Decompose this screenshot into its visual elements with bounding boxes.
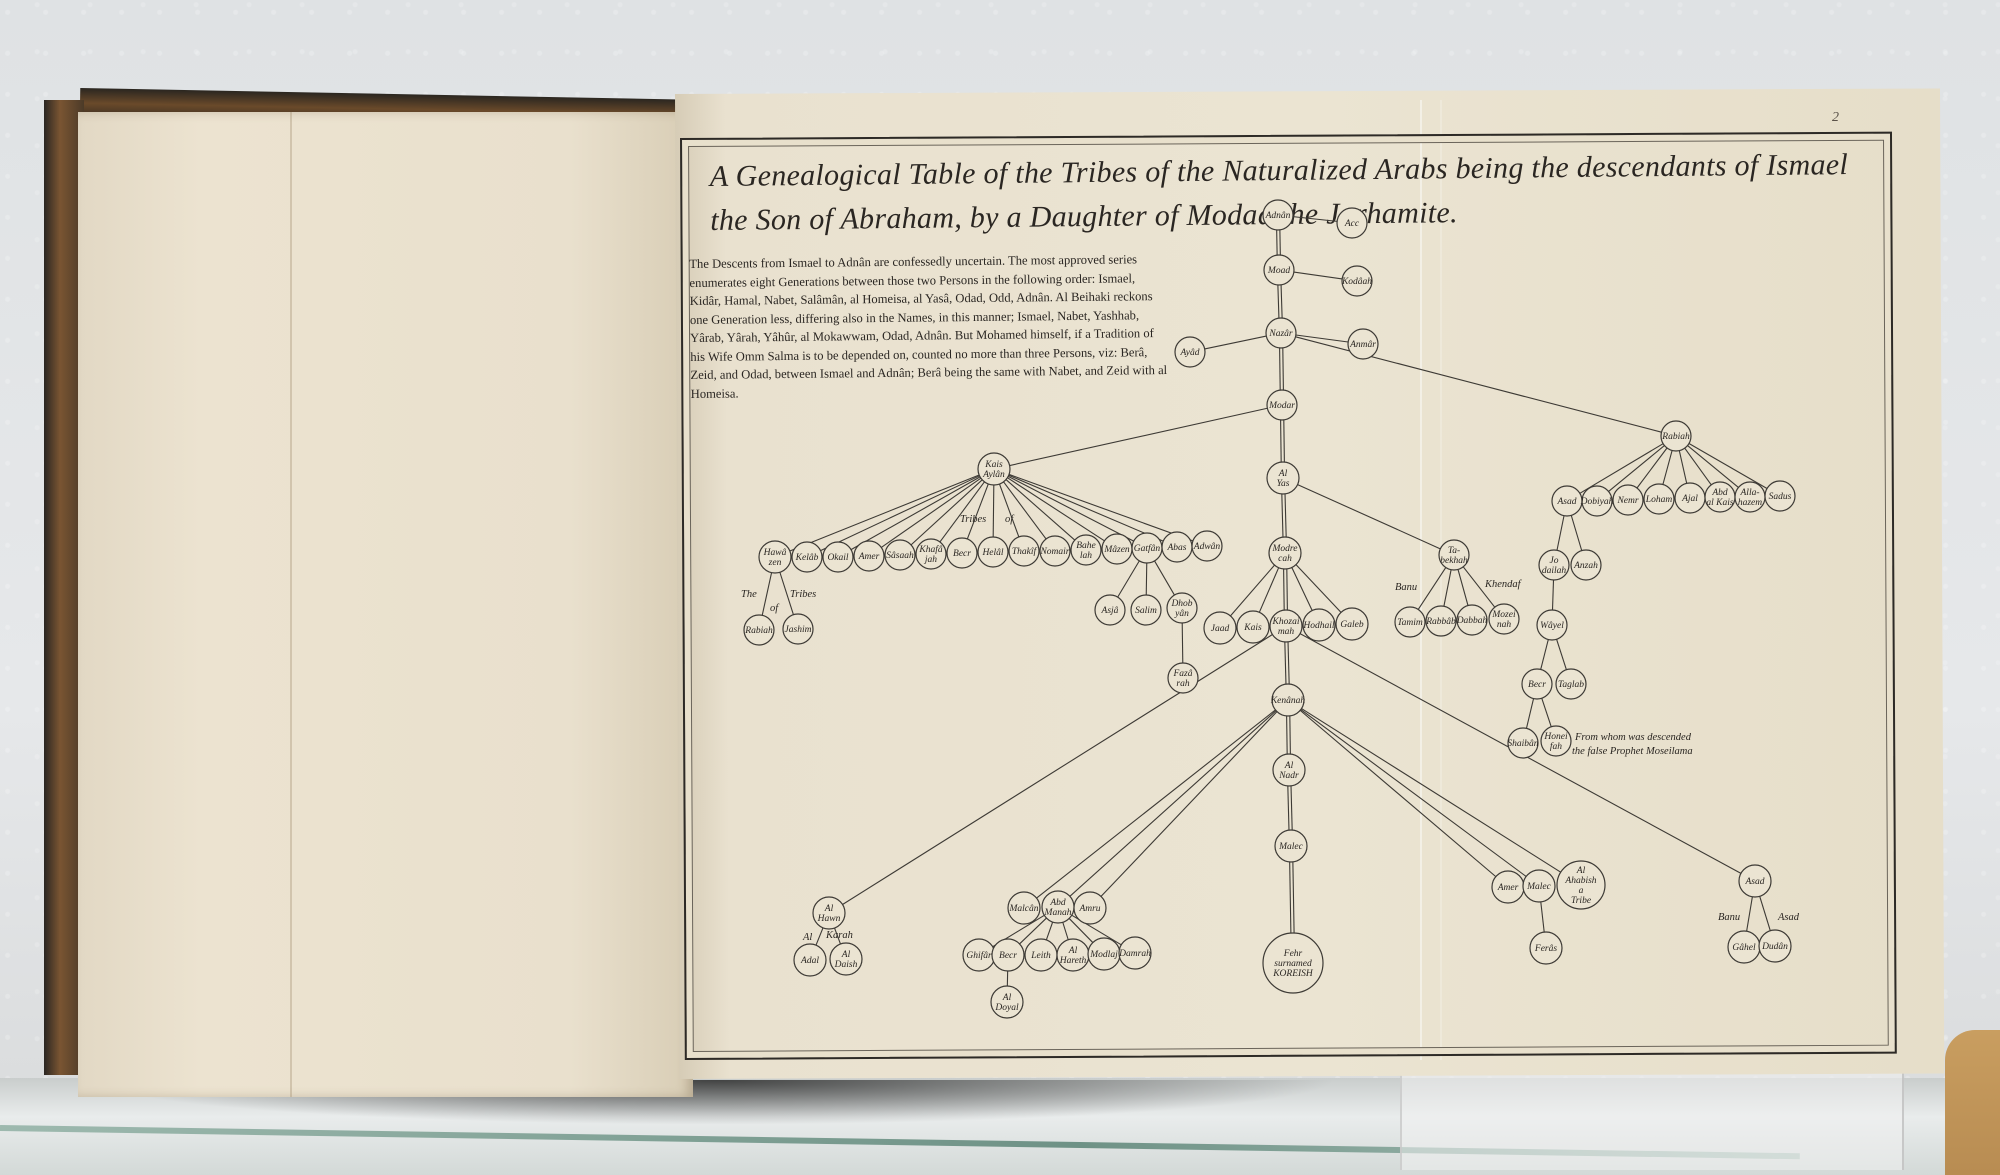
- lineage-edge: [1747, 897, 1753, 931]
- lineage-edge: [1282, 494, 1283, 537]
- annotation-tribes-hawazen: Tribes: [790, 589, 816, 600]
- lineage-edge: [1571, 515, 1581, 550]
- node-label: Fazâ: [1173, 669, 1193, 679]
- node-label: Daish: [834, 960, 858, 970]
- node-label: Jashim: [785, 625, 812, 635]
- node-label: Shaibân: [1507, 739, 1538, 749]
- node-label: al Kais: [1706, 498, 1733, 508]
- node-label: lah: [1080, 551, 1092, 561]
- annotation-the: The: [741, 589, 757, 600]
- node-label: Adnân: [1265, 211, 1291, 221]
- lineage-edge: [1280, 348, 1281, 390]
- tribe-node-al-ahabish: AlAhabishaTribe: [1557, 861, 1605, 909]
- tribe-node-shaiban: Shaibân: [1507, 728, 1538, 758]
- tribe-node-salim: Salim: [1131, 595, 1161, 625]
- node-label: Leith: [1030, 951, 1051, 961]
- tribe-node-okail: Okail: [823, 542, 853, 572]
- tribe-node-malec2: Malec: [1523, 870, 1555, 902]
- node-label: Amru: [1078, 904, 1100, 914]
- node-label: Nazâr: [1268, 329, 1293, 339]
- lineage-edge: [1285, 494, 1286, 537]
- lineage-edge: [1281, 285, 1282, 318]
- tribe-node-adwan: Adwân: [1192, 531, 1222, 561]
- node-label: Nemr: [1616, 496, 1638, 506]
- lineage-edge: [1541, 902, 1544, 932]
- node-label: rah: [1176, 679, 1189, 689]
- tribe-node-rabiah: Rabiah: [1661, 421, 1691, 451]
- annotation-banu-asad: Banu: [1718, 912, 1740, 923]
- node-label: yân: [1174, 609, 1189, 619]
- lineage-edge: [993, 485, 994, 537]
- node-label: Yas: [1277, 479, 1290, 489]
- node-label: Rabiah: [744, 626, 773, 636]
- tribe-node-kais-aylan: KaisAylân: [978, 453, 1010, 485]
- node-label: Abd: [1049, 898, 1066, 908]
- tribe-node-khozaimah: Khozaimah: [1270, 610, 1302, 642]
- lineage-edge: [1182, 623, 1183, 663]
- lineage-edge: [1291, 786, 1292, 830]
- tribe-node-modrecah: Modrecah: [1269, 537, 1301, 569]
- tribe-node-al-harith: AlHareth: [1057, 939, 1089, 971]
- tribe-node-loham: Loham: [1644, 484, 1674, 514]
- node-label: Nadr: [1278, 771, 1299, 781]
- lineage-edge: [1004, 482, 1046, 539]
- tribe-node-abd-manah: AbdManah: [1042, 891, 1074, 923]
- node-label: Wâyel: [1540, 621, 1564, 631]
- node-label: Modlaj: [1089, 950, 1118, 960]
- node-label: fah: [1550, 741, 1562, 752]
- node-label: Ajal: [1681, 494, 1698, 504]
- node-label: Sâsaah: [886, 551, 914, 561]
- node-label: Adwân: [1193, 542, 1221, 552]
- tribe-node-abas: Abas: [1162, 532, 1192, 562]
- lineage-edge: [881, 478, 981, 547]
- node-label: Acc: [1344, 219, 1360, 229]
- tribe-node-asja: Asjâ: [1095, 595, 1125, 625]
- tribe-node-asad-r: Asad: [1552, 486, 1582, 516]
- tribe-node-jashim: Jashim: [783, 614, 813, 644]
- node-label: Rabiah: [1661, 432, 1690, 442]
- annotation-moseilama-note-1: From whom was descended: [1574, 732, 1692, 743]
- tribe-node-sasaah: Sâsaah: [885, 540, 915, 570]
- tribe-node-taglab: Taglab: [1556, 669, 1586, 699]
- node-label: Modar: [1268, 401, 1295, 411]
- tribe-node-malec1: Malec: [1275, 830, 1307, 862]
- node-label: Thakîf: [1012, 546, 1038, 557]
- node-label: Tribe: [1571, 896, 1591, 906]
- lineage-edge: [1287, 716, 1288, 754]
- annotation-tribes-of-kais: Tribes: [960, 514, 986, 525]
- node-label: Damrah: [1118, 949, 1151, 959]
- tribe-node-amru: Amru: [1074, 892, 1106, 924]
- lineage-edge: [1458, 569, 1468, 605]
- tribe-node-jodailah: Jodailah: [1539, 550, 1569, 580]
- node-label: Ghifâr: [966, 950, 992, 961]
- lineage-edge: [1293, 217, 1337, 222]
- lineage-edge: [1230, 565, 1274, 616]
- lineage-edge: [1557, 639, 1567, 669]
- tribe-node-dhobyan: Dhobyân: [1167, 593, 1197, 623]
- tribe-node-modar: Modar: [1267, 390, 1297, 420]
- node-label: Kelâb: [795, 553, 819, 563]
- node-label: Abas: [1167, 543, 1187, 553]
- annotation-al-hawn-al: Al: [802, 932, 812, 943]
- node-label: Al: [1284, 761, 1294, 771]
- tribe-node-acc: Acc: [1337, 208, 1367, 238]
- lineage-edge: [1689, 443, 1767, 488]
- lineage-edge: [1278, 285, 1279, 318]
- node-label: Al: [824, 904, 834, 914]
- lineage-edge: [1637, 448, 1667, 488]
- lineage-edge: [1301, 710, 1526, 877]
- lineage-edge: [1300, 710, 1496, 876]
- tribe-node-nemr: Nemr: [1613, 485, 1643, 515]
- node-label: Malcân: [1008, 904, 1038, 914]
- node-label: Kenânah: [1270, 696, 1306, 706]
- tribe-node-adnan: Adnân: [1263, 200, 1293, 230]
- tribe-node-hodhail: Hodhail: [1302, 609, 1335, 641]
- tribe-node-feras: Ferâs: [1530, 932, 1562, 964]
- tribe-node-amer1: Amer: [854, 541, 884, 571]
- tribe-node-gahel: Gâhel: [1728, 931, 1760, 963]
- node-label: Jaad: [1211, 624, 1230, 634]
- tribe-node-al-doyal: AlDoyal: [991, 986, 1023, 1018]
- tribe-node-bahelah: Bahelah: [1071, 535, 1101, 565]
- node-label: Gatfân: [1134, 543, 1161, 554]
- node-label: Doyal: [994, 1003, 1019, 1013]
- tribe-node-anmar: Anmâr: [1348, 329, 1378, 359]
- node-label: Amer: [858, 552, 880, 562]
- tribe-node-moad: Moad: [1264, 255, 1294, 285]
- node-label: Asad: [1745, 877, 1765, 887]
- node-label: mah: [1278, 627, 1295, 637]
- lineage-edge: [1541, 640, 1549, 670]
- lineage-edge: [1037, 710, 1276, 898]
- lineage-edge: [1284, 569, 1285, 610]
- node-label: Becr: [999, 951, 1017, 961]
- tribe-node-mazen: Mâzen: [1102, 534, 1132, 564]
- node-label: Khafâ: [918, 544, 942, 555]
- tribe-node-honeifah: Honeifah: [1541, 726, 1571, 756]
- node-label: Kais: [984, 460, 1003, 470]
- node-label: Becr: [953, 549, 971, 559]
- tribe-node-kais2: Kais: [1237, 611, 1269, 643]
- tribe-node-fehr: FehrsurnamedKOREISH: [1263, 933, 1323, 993]
- tribe-node-ajal: Ajal: [1675, 483, 1705, 513]
- tribe-node-malcan: Malcân: [1008, 892, 1040, 924]
- lineage-edge: [1287, 569, 1288, 610]
- tribe-node-tamim: Tamim: [1395, 607, 1425, 637]
- node-label: Kodâah: [1341, 277, 1372, 287]
- annotation-of-hawazen: of: [770, 603, 780, 614]
- lineage-edge: [1688, 446, 1739, 488]
- node-label: Al: [1002, 993, 1012, 1003]
- lineage-edge: [1294, 272, 1342, 279]
- tribe-node-dudan: Dudân: [1759, 930, 1791, 962]
- lineage-edge: [1010, 408, 1268, 465]
- node-label: zen: [768, 558, 782, 568]
- lineage-edge: [967, 484, 988, 539]
- lineage-edge: [1679, 451, 1686, 484]
- tribe-node-abd-al-kais: Abdal Kais: [1705, 482, 1735, 512]
- tribe-node-modlaj: Modlaj: [1088, 938, 1120, 970]
- lineage-edge: [816, 928, 823, 945]
- lineage-edge: [1557, 516, 1564, 551]
- lineage-edge: [1290, 862, 1291, 933]
- tribe-node-tabekhah: Ta-bekhah: [1439, 540, 1469, 570]
- tribe-node-sadus: Sadus: [1765, 481, 1795, 511]
- node-label: Nomair: [1039, 547, 1069, 557]
- node-label: Becr: [1528, 680, 1546, 690]
- tribe-node-thakif: Thakîf: [1009, 536, 1039, 566]
- node-label: Asad: [1557, 497, 1577, 507]
- node-label: Al: [1576, 866, 1586, 876]
- node-label: Ahabish: [1564, 876, 1596, 886]
- node-label: Malec: [1526, 882, 1552, 892]
- lineage-edge: [843, 635, 1273, 905]
- lineage-edge: [1552, 580, 1553, 610]
- node-label: Dhob: [1170, 599, 1192, 609]
- node-label: Mozei: [1491, 610, 1516, 620]
- tribe-node-rabiah2: Rabiah: [744, 615, 774, 645]
- lineage-edge: [1101, 712, 1277, 897]
- node-label: Anmâr: [1349, 340, 1376, 350]
- tribe-node-leith: Leith: [1025, 939, 1057, 971]
- lineage-edge: [1009, 475, 1163, 541]
- node-label: Moad: [1267, 266, 1290, 276]
- lineage-edge: [1046, 922, 1052, 940]
- tribe-node-amer2: Amer: [1492, 871, 1524, 903]
- tribe-node-mozeinah: Mozeinah: [1489, 604, 1519, 634]
- lineage-edge: [1526, 699, 1533, 729]
- lineage-edge: [1070, 711, 1276, 897]
- tribe-node-jaad: Jaad: [1204, 612, 1236, 644]
- node-label: Dabbah: [1456, 616, 1488, 626]
- tribe-node-al-hawn: AlHawn: [813, 897, 845, 929]
- lineage-edge: [1063, 922, 1068, 939]
- tribe-node-khafajah: Khafâjah: [916, 539, 946, 569]
- tribe-node-kelab: Kelâb: [792, 542, 822, 572]
- annotation-banu-tabekhah: Banu: [1395, 582, 1417, 593]
- lineage-edge: [1444, 570, 1451, 607]
- tribe-node-ayad: Ayâd: [1175, 337, 1205, 367]
- node-label: cah: [1278, 554, 1292, 564]
- tribe-node-ghifar: Ghifâr: [963, 939, 995, 971]
- lineage-edge: [1288, 642, 1289, 684]
- genealogy-tree: AdnânAccMoadKodâahNazârAnmârAyâdModarRab…: [0, 0, 2000, 1175]
- tribe-node-allahazem: Alla-hazem: [1735, 482, 1765, 512]
- tribe-node-damrah: Damrah: [1118, 937, 1151, 969]
- node-label: KOREISH: [1272, 969, 1314, 979]
- node-label: Al: [1278, 469, 1288, 479]
- node-label: Dobiyah: [1580, 497, 1614, 507]
- node-label: Hawâ: [763, 548, 787, 558]
- node-label: Honei: [1543, 732, 1568, 742]
- node-label: Rabbâb: [1425, 617, 1456, 627]
- lineage-edge: [1281, 420, 1282, 462]
- lineage-edge: [1290, 716, 1291, 754]
- node-label: Modre: [1272, 544, 1298, 554]
- node-label: Mâzen: [1103, 545, 1130, 555]
- tribe-node-anzah: Anzah: [1571, 550, 1601, 580]
- node-label: Manah: [1044, 908, 1072, 918]
- annotation-asad-label: Asad: [1777, 912, 1800, 923]
- node-label: Amer: [1497, 883, 1519, 893]
- node-label: surnamed: [1274, 959, 1312, 969]
- node-label: Tamim: [1397, 618, 1423, 628]
- tribe-node-galeb: Galeb: [1336, 608, 1368, 640]
- lineage-edge: [1205, 336, 1267, 349]
- lineage-edge: [1259, 568, 1278, 613]
- node-label: dailah: [1542, 566, 1567, 576]
- node-label: Ferâs: [1534, 944, 1557, 954]
- tribe-node-nazar: Nazâr: [1266, 318, 1296, 348]
- node-label: a: [1579, 886, 1584, 896]
- node-label: Hodhail: [1302, 621, 1335, 631]
- node-label: Galeb: [1340, 620, 1363, 630]
- lineage-edge: [1009, 474, 1193, 540]
- node-label: Aylân: [982, 470, 1005, 480]
- tribe-node-dabbah: Dabbah: [1456, 605, 1488, 635]
- lineage-edge: [1663, 450, 1672, 484]
- lineage-edge: [1288, 786, 1289, 830]
- tree-nodes: AdnânAccMoadKodâahNazârAnmârAyâdModarRab…: [744, 200, 1795, 1018]
- node-label: Asjâ: [1101, 606, 1119, 616]
- tribe-node-gatfan: Gatfân: [1132, 533, 1162, 563]
- node-label: Khozai: [1272, 617, 1300, 627]
- node-label: Dudân: [1761, 942, 1788, 952]
- node-label: Gâhel: [1732, 943, 1756, 953]
- node-label: Sadus: [1769, 492, 1792, 502]
- lineage-edge: [1298, 485, 1441, 549]
- node-label: hazem: [1738, 498, 1762, 508]
- node-label: nah: [1497, 620, 1512, 630]
- annotation-al-hawn-karah: Karah: [825, 930, 853, 941]
- node-label: Ta-: [1448, 546, 1460, 556]
- lineage-edge: [1146, 563, 1147, 595]
- tree-annotations: TribesofTheTribesofBanuKhendafFrom whom …: [741, 514, 1800, 943]
- lineage-edge: [1155, 561, 1175, 595]
- tribe-node-al-nadr: AlNadr: [1273, 754, 1305, 786]
- tribe-node-fazarah: Fazârah: [1168, 663, 1198, 693]
- tribe-node-becr3: Becr: [992, 939, 1024, 971]
- node-label: jah: [923, 555, 937, 565]
- lineage-edge: [1418, 568, 1446, 610]
- lineage-edge: [1292, 567, 1312, 610]
- node-label: Fehr: [1283, 949, 1303, 959]
- node-label: Taglab: [1558, 680, 1584, 690]
- lineage-edge: [1008, 476, 1133, 541]
- tribe-node-wayel: Wâyel: [1537, 610, 1567, 640]
- tribe-node-rabbab: Rabbâb: [1425, 606, 1456, 636]
- lineage-edge: [999, 484, 1018, 537]
- node-label: bekhah: [1440, 556, 1468, 566]
- node-label: Okail: [827, 553, 848, 563]
- node-label: Loham: [1645, 495, 1673, 505]
- lineage-edge: [1283, 348, 1284, 390]
- lineage-edge: [1542, 698, 1552, 727]
- node-label: Helâl: [981, 548, 1003, 558]
- tribe-node-asad-b: Asad: [1739, 865, 1771, 897]
- node-label: Kais: [1243, 623, 1262, 633]
- node-label: Adal: [800, 956, 819, 966]
- node-label: Al: [841, 950, 851, 960]
- annotation-moseilama-note-2: the false Prophet Moseilama: [1572, 746, 1693, 757]
- lineage-edge: [1285, 642, 1286, 684]
- tribe-node-nomair: Nomair: [1039, 536, 1070, 566]
- tribe-node-al-yas: AlYas: [1267, 462, 1299, 494]
- lineage-edge: [1296, 565, 1341, 613]
- lineage-edge: [911, 480, 982, 545]
- node-label: Abd: [1711, 488, 1728, 498]
- node-label: Bahe: [1076, 541, 1096, 551]
- node-label: Jo: [1550, 556, 1559, 566]
- node-label: Hawn: [817, 914, 841, 924]
- tribe-node-becr1: Becr: [947, 538, 977, 568]
- tribe-node-adal: Adal: [794, 944, 826, 976]
- node-label: Malec: [1278, 842, 1304, 852]
- node-label: Hareth: [1059, 956, 1087, 966]
- tribe-node-helal: Helâl: [978, 537, 1008, 567]
- tribe-node-hawazen: Hawâzen: [759, 541, 791, 573]
- node-label: Al: [1068, 946, 1078, 956]
- lineage-edge: [1118, 561, 1140, 597]
- node-label: Salim: [1135, 606, 1157, 616]
- tribe-node-becr2: Becr: [1522, 669, 1552, 699]
- node-label: Alla-: [1740, 488, 1760, 498]
- lineage-edge: [1284, 420, 1285, 462]
- tribe-node-al-daish: AlDaish: [830, 943, 862, 975]
- node-label: Anzah: [1573, 561, 1598, 571]
- annotation-khendaf: Khendaf: [1484, 579, 1523, 590]
- lineage-edge: [790, 475, 979, 551]
- lineage-edge: [1760, 896, 1771, 930]
- tribe-node-kodaah: Kodâah: [1341, 266, 1372, 296]
- node-label: Ayâd: [1180, 348, 1200, 358]
- lineage-edge: [1293, 862, 1294, 933]
